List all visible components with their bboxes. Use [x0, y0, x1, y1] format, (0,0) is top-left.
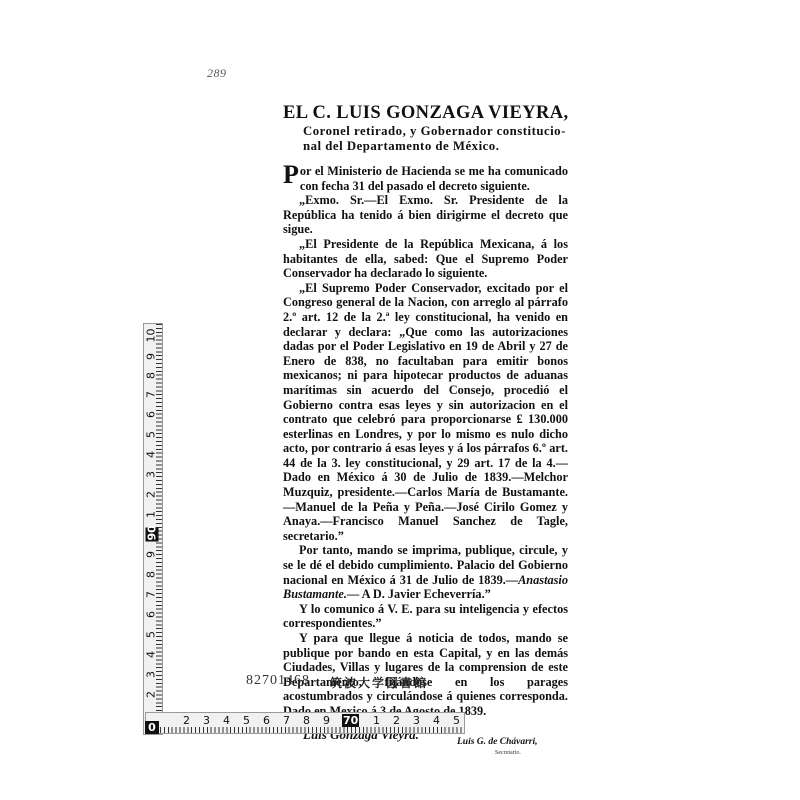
paragraph-5-text-b: — A D. Javier Echeverría.” [347, 587, 491, 601]
ruler-label: 4 [433, 714, 440, 727]
paragraph-3: „El Presidente de la República Mexicana,… [283, 237, 568, 281]
paragraph-5: Por tanto, mando se imprima, publique, c… [283, 543, 568, 601]
ruler-label: 4 [145, 449, 158, 461]
ruler-label: 6 [145, 409, 158, 421]
drop-cap: P [283, 166, 299, 184]
ruler-label: 3 [203, 714, 210, 727]
library-accession-number: 82701468 [246, 673, 310, 689]
ruler-label: 7 [283, 714, 290, 727]
ruler-label: 8 [145, 569, 158, 581]
ruler-label: 8 [303, 714, 310, 727]
paragraph-1-text: or el Ministerio de Hacienda se me ha co… [300, 164, 568, 193]
ruler-label: 8 [145, 370, 158, 382]
paragraph-1: Por el Ministerio de Hacienda se me ha c… [283, 164, 568, 193]
vertical-scale-ruler: 10 9 8 7 6 5 4 3 2 1 90 9 8 7 6 5 4 3 2 … [143, 323, 163, 735]
ruler-label: 5 [453, 714, 460, 727]
page-number: 289 [207, 66, 227, 81]
ruler-label: 5 [145, 429, 158, 441]
ruler-label: 3 [145, 469, 158, 481]
ruler-label: 9 [145, 351, 158, 363]
ruler-label: 6 [145, 609, 158, 621]
ruler-label: 7 [145, 589, 158, 601]
ruler-label: 1 [373, 714, 380, 727]
ruler-ticks [160, 727, 464, 733]
ruler-label: 2 [145, 689, 158, 701]
ruler-label: 5 [243, 714, 250, 727]
document-title: EL C. LUIS GONZAGA VIEYRA, [283, 102, 568, 124]
ruler-label: 2 [393, 714, 400, 727]
ruler-label: 2 [183, 714, 190, 727]
document-body: Por el Ministerio de Hacienda se me ha c… [283, 164, 568, 719]
ruler-label-highlighted: 70 [342, 714, 359, 727]
ruler-label: 2 [145, 489, 158, 501]
ruler-label: 7 [145, 389, 158, 401]
ruler-label: 4 [223, 714, 230, 727]
subtitle-line-1: Coronel retirado, y Gobernador constituc… [303, 124, 568, 139]
secretary-role: Secretario. [495, 750, 521, 756]
paragraph-6: Y lo comunico á V. E. para su inteligenc… [283, 602, 568, 631]
ruler-label: 6 [263, 714, 270, 727]
subtitle-line-2: nal del Departamento de México. [303, 139, 568, 154]
ruler-label: 5 [145, 629, 158, 641]
ruler-label: 4 [145, 649, 158, 661]
secretary-signature: Luis G. de Chávarri, [457, 737, 538, 747]
ruler-label: 10 [145, 331, 158, 343]
ruler-label: 3 [145, 669, 158, 681]
ruler-label: 9 [145, 549, 158, 561]
ruler-origin-label: 0 [145, 721, 159, 734]
ruler-label: 3 [413, 714, 420, 727]
paragraph-4: „El Supremo Poder Conservador, excitado … [283, 281, 568, 544]
ruler-label: 9 [323, 714, 330, 727]
library-name-stamp: 筑波大学図書館 [330, 674, 428, 691]
decree-document: EL C. LUIS GONZAGA VIEYRA, Coronel retir… [283, 102, 568, 767]
paragraph-2: „Exmo. Sr.—El Exmo. Sr. Presidente de la… [283, 193, 568, 237]
horizontal-scale-ruler: 2 3 4 5 6 7 8 9 70 1 2 3 4 5 [145, 712, 465, 734]
ruler-label-highlighted: 90 [146, 528, 159, 542]
ruler-label: 1 [145, 509, 158, 521]
